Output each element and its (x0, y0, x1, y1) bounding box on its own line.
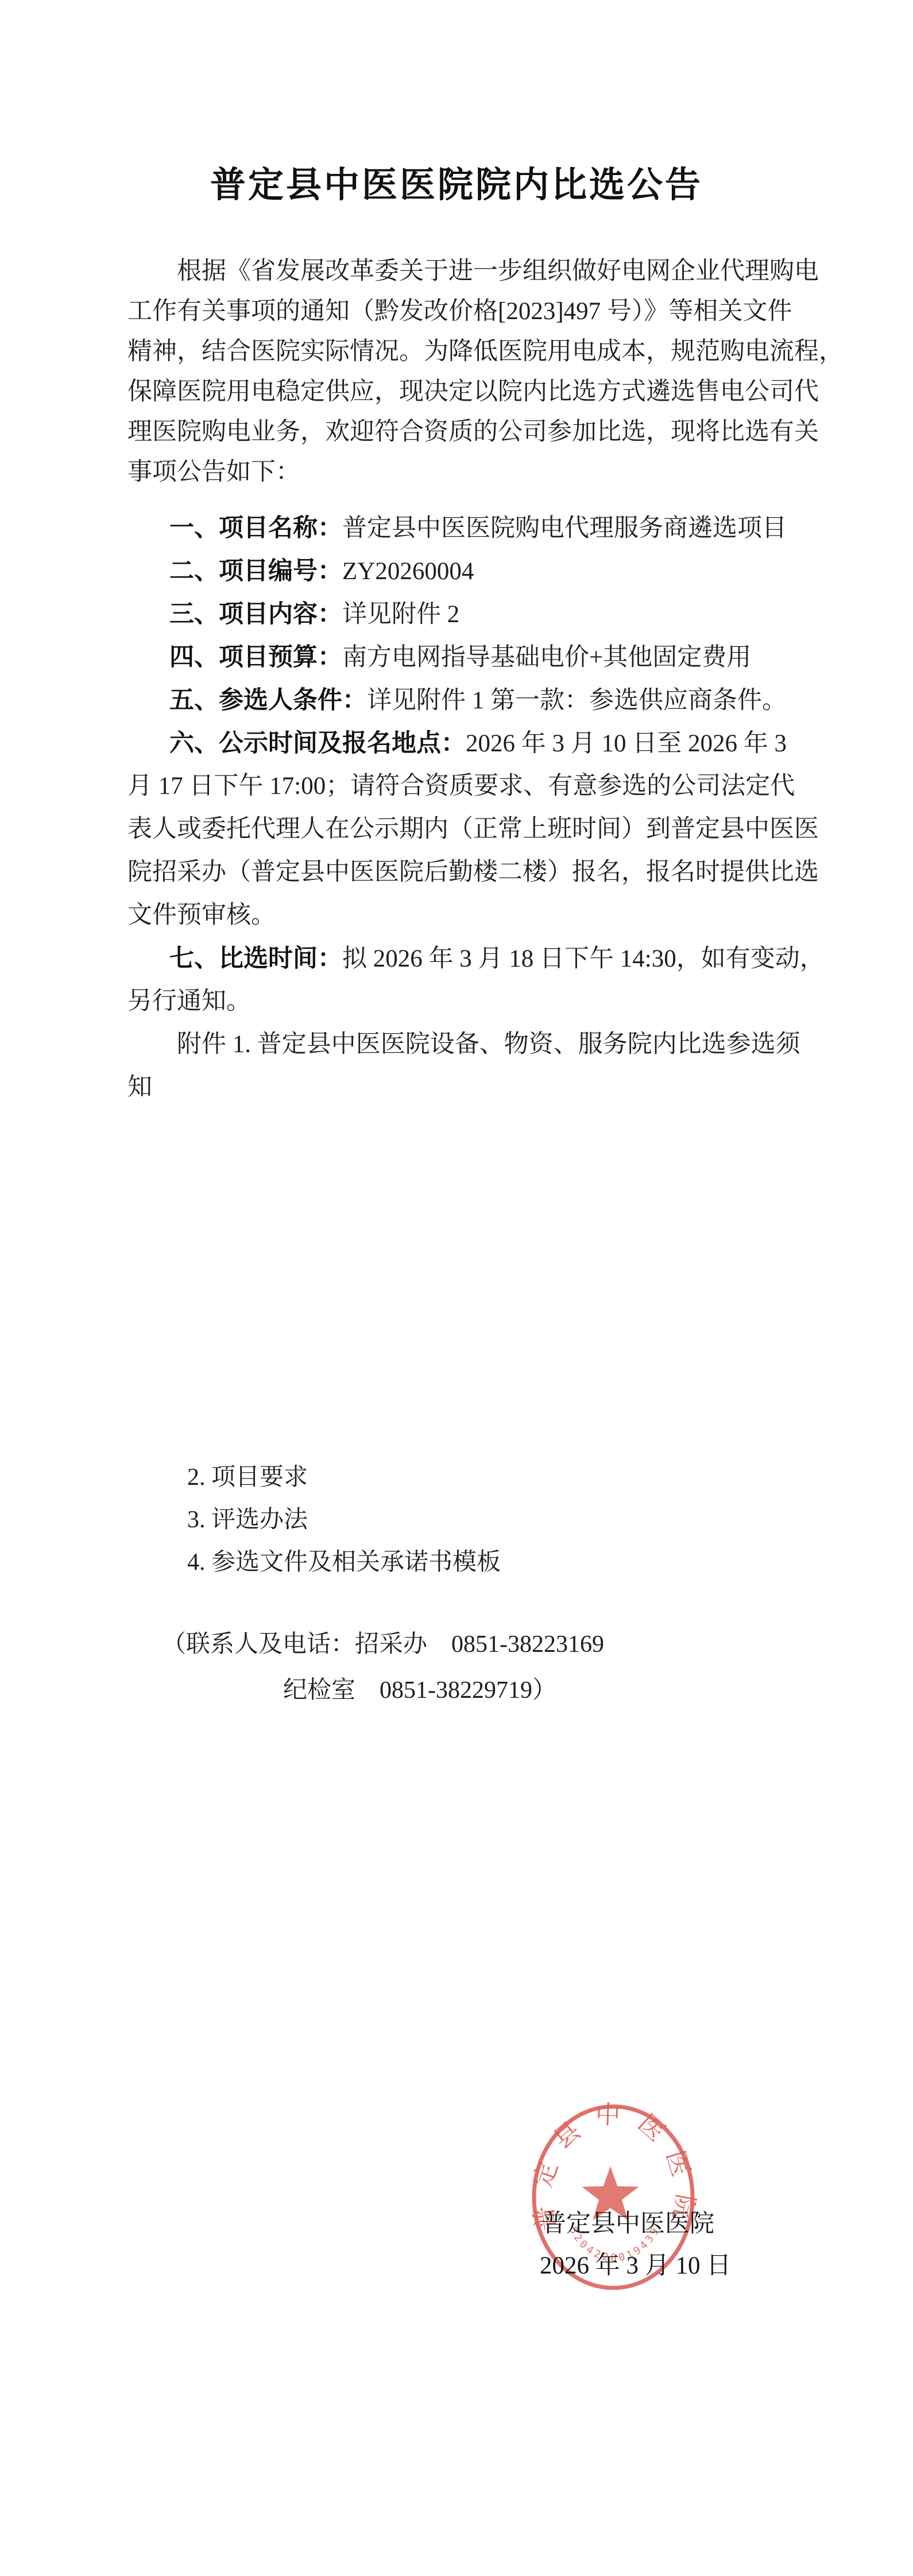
attachment-intro-line: 附件 1. 普定县中医医院设备、物资、服务院内比选参选须 (177, 1031, 800, 1058)
item-publicity-cont: 表人或委托代理人在公示期内（正常上班时间）到普定县中医医 (127, 816, 819, 843)
item-value: 详见附件 1 第一款：参选供应商条件。 (367, 687, 787, 714)
item-label: 七、比选时间： (169, 945, 342, 972)
item-label: 三、项目内容： (169, 600, 342, 628)
item-selection-time: 七、比选时间：拟 2026 年 3 月 18 日下午 14:30，如有变动， (169, 945, 825, 972)
attachment-intro-line: 知 (127, 1074, 152, 1101)
item-label: 五、参选人条件： (169, 686, 367, 714)
attachment-list-item: 4. 参选文件及相关承诺书模板 (187, 1549, 501, 1576)
attachment-list-item: 3. 评选办法 (187, 1507, 308, 1533)
item-project-name: 一、项目名称：普定县中医医院购电代理服务商遴选项目 (169, 515, 787, 542)
intro-line: 保障医院用电稳定供应，现决定以院内比选方式遴选售电公司代 (127, 379, 819, 405)
item-selection-cont: 另行通知。 (127, 988, 251, 1015)
document-title: 普定县中医医院院内比选公告 (0, 156, 913, 207)
item-value: 普定县中医医院购电代理服务商遴选项目 (342, 515, 787, 542)
item-project-budget: 四、项目预算：南方电网指导基础电价+其他固定费用 (169, 644, 751, 671)
item-label: 一、项目名称： (169, 514, 342, 542)
item-publicity-cont: 院招采办（普定县中医医院后勤楼二楼）报名，报名时提供比选 (127, 859, 819, 886)
item-publicity-cont: 文件预审核。 (127, 902, 276, 929)
item-value: 拟 2026 年 3 月 18 日下午 14:30，如有变动， (342, 945, 825, 972)
item-value: 南方电网指导基础电价+其他固定费用 (342, 644, 751, 671)
item-label: 四、项目预算： (169, 643, 342, 671)
item-participant-conditions: 五、参选人条件：详见附件 1 第一款：参选供应商条件。 (169, 687, 787, 714)
item-value: ZY20260004 (342, 558, 474, 585)
item-value: 详见附件 2 (342, 601, 459, 628)
contact-line-discipline: 纪检室 0851-38229719） (283, 1677, 556, 1704)
item-publicity-time: 六、公示时间及报名地点：2026 年 3 月 10 日至 2026 年 3 (169, 730, 787, 757)
intro-line: 理医院购电业务，欢迎符合资质的公司参加比选，现将比选有关 (127, 419, 819, 445)
item-label: 二、项目编号： (169, 557, 342, 585)
intro-line: 工作有关事项的通知（黔发改价格[2023]497 号）》等相关文件 (127, 298, 792, 325)
item-project-number: 二、项目编号：ZY20260004 (169, 558, 474, 585)
item-project-content: 三、项目内容：详见附件 2 (169, 601, 459, 628)
intro-line: 事项公告如下： (127, 459, 300, 486)
item-publicity-cont: 月 17 日下午 17:00；请符合资质要求、有意参选的公司法定代 (127, 773, 795, 800)
intro-line: 根据《省发展改革委关于进一步组织做好电网企业代理购电 (177, 258, 819, 285)
intro-line: 精神，结合医院实际情况。为降低医院用电成本，规范购电流程， (127, 339, 844, 365)
item-label: 六、公示时间及报名地点： (169, 730, 466, 757)
signature-date: 2026 年 3 月 10 日 (540, 2246, 731, 2281)
item-value: 2026 年 3 月 10 日至 2026 年 3 (466, 730, 787, 757)
document-page: 普定县中医医院院内比选公告 根据《省发展改革委关于进一步组织做好电网企业代理购电… (0, 0, 913, 2576)
attachment-list-item: 2. 项目要求 (187, 1464, 308, 1491)
signature-org: 普定县中医医院 (541, 2204, 714, 2239)
contact-line-procurement: （联系人及电话：招采办 0851-38223169 (162, 1631, 604, 1658)
